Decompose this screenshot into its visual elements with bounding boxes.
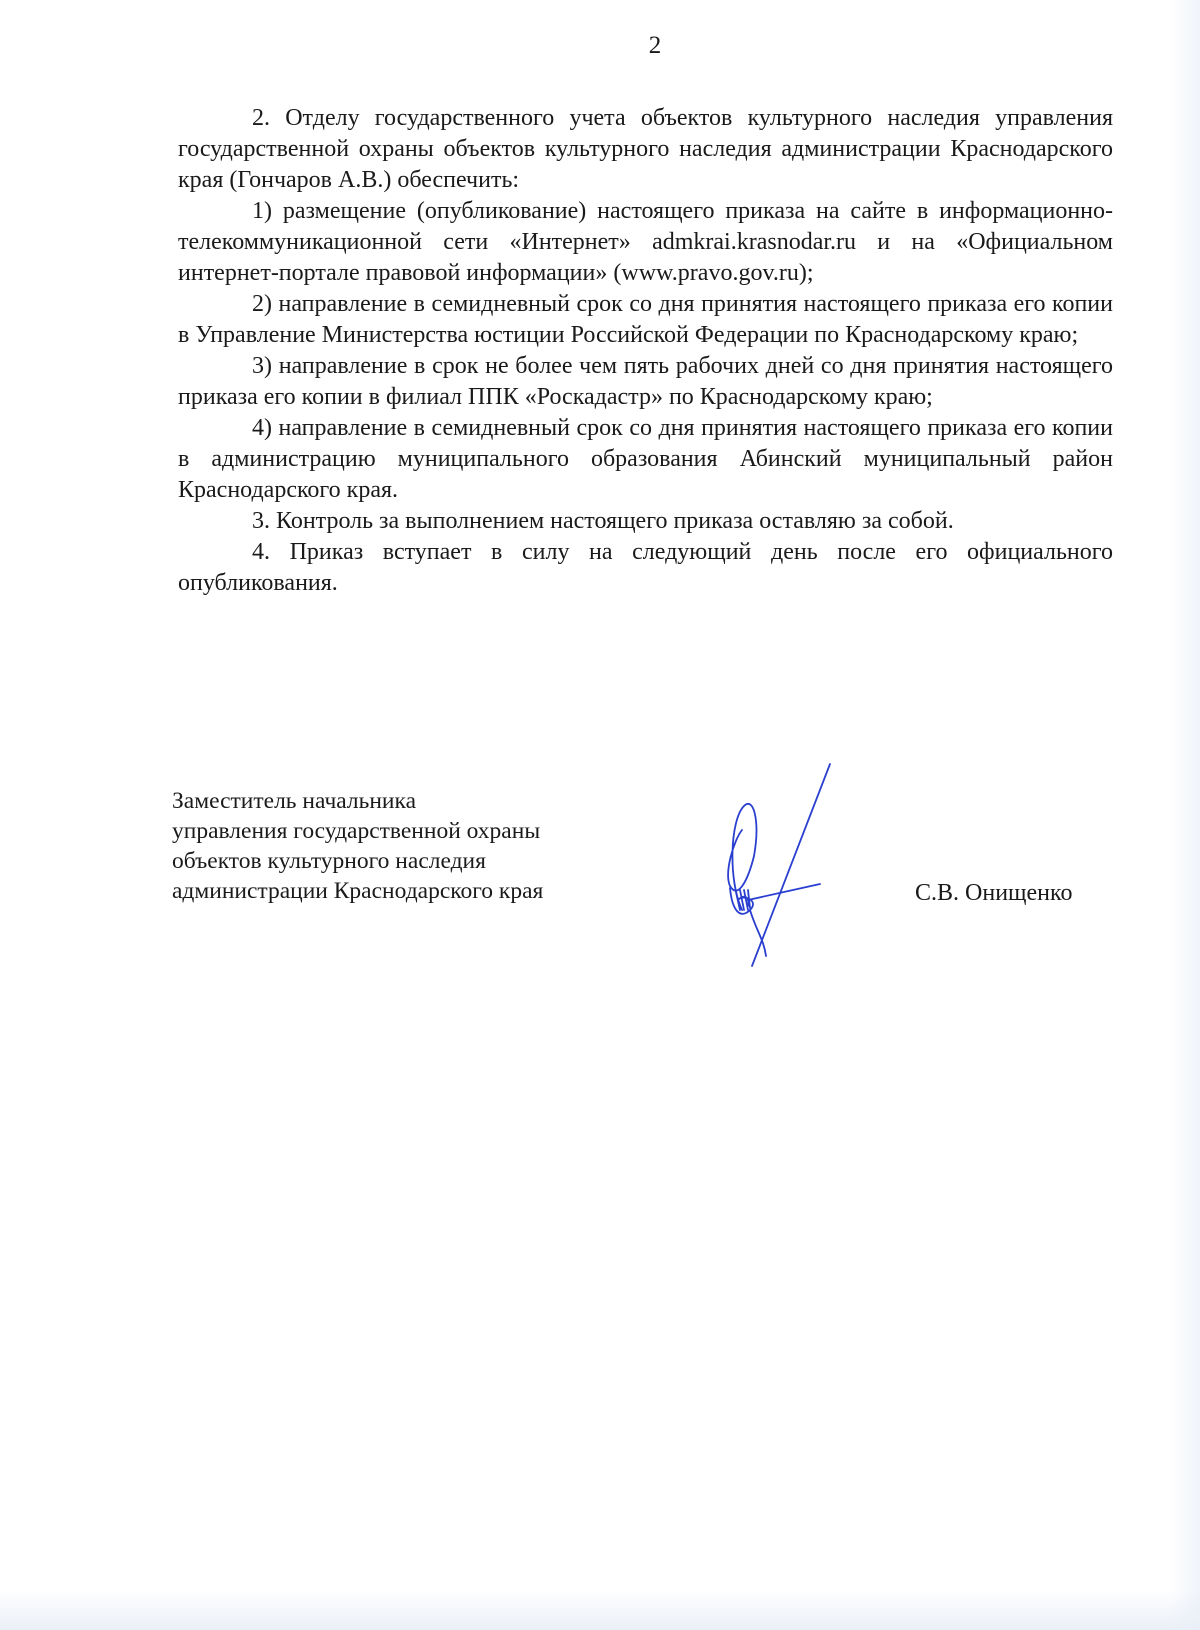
signer-position-line: администрации Краснодарского края (172, 876, 543, 906)
handwritten-signature-icon (720, 760, 860, 990)
paragraph-subitem-2: 2) направление в семидневный срок со дня… (178, 289, 1113, 351)
page-number: 2 (0, 32, 1200, 60)
paragraph-subitem-4: 4) направление в семидневный срок со дня… (178, 413, 1113, 506)
paragraph-item-2: 2. Отделу государственного учета объекто… (178, 103, 1113, 196)
scan-bottom-shading (0, 1590, 1200, 1630)
paragraph-subitem-3: 3) направление в срок не более чем пять … (178, 351, 1113, 413)
signer-position: Заместитель начальника управления госуда… (172, 786, 543, 906)
document-body: 2. Отделу государственного учета объекто… (178, 103, 1113, 599)
scan-edge-shading (1170, 0, 1200, 1630)
signer-position-line: объектов культурного наследия (172, 846, 543, 876)
signer-name: С.В. Онищенко (915, 880, 1072, 907)
paragraph-item-3: 3. Контроль за выполнением настоящего пр… (178, 506, 1113, 537)
paragraph-item-4: 4. Приказ вступает в силу на следующий д… (178, 537, 1113, 599)
paragraph-subitem-1: 1) размещение (опубликование) настоящего… (178, 196, 1113, 289)
signer-position-line: Заместитель начальника (172, 786, 543, 816)
signer-position-line: управления государственной охраны (172, 816, 543, 846)
